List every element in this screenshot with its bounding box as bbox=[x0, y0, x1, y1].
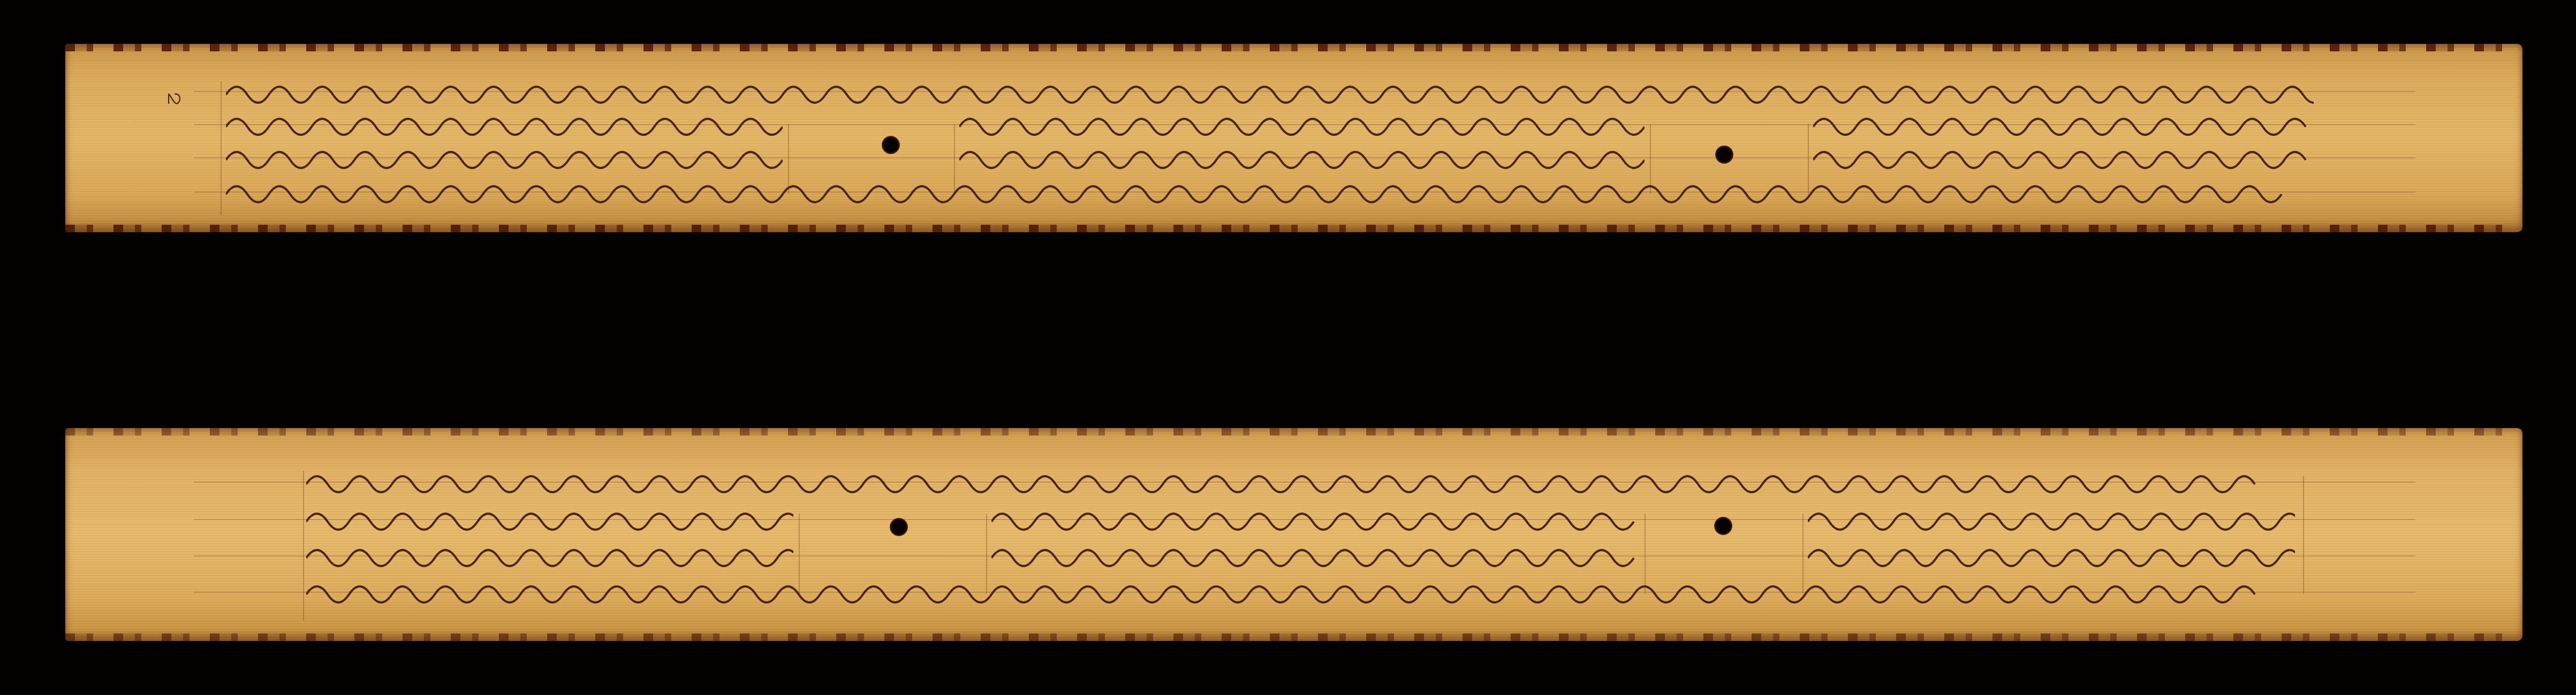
script-line-3b bbox=[959, 141, 1645, 173]
margin-rule bbox=[221, 81, 222, 215]
string-hole bbox=[882, 136, 900, 154]
script-line-3c bbox=[1813, 141, 2311, 173]
string-hole bbox=[890, 518, 908, 536]
leaf-edge-damage bbox=[65, 428, 2522, 436]
palm-leaf-top: ꩳ bbox=[65, 44, 2522, 232]
script-line-2a bbox=[226, 108, 783, 140]
script-line-2a bbox=[306, 503, 793, 535]
script-line-1 bbox=[226, 76, 2314, 108]
leaf-edge-damage bbox=[65, 44, 2522, 51]
margin-numeral: ꩳ bbox=[167, 81, 182, 116]
margin-rule bbox=[2303, 476, 2304, 594]
margin-rule bbox=[303, 471, 304, 621]
script-line-2b bbox=[959, 108, 1645, 140]
script-line-3a bbox=[226, 141, 783, 173]
leaf-edge-damage bbox=[65, 225, 2522, 232]
string-hole bbox=[1715, 146, 1733, 164]
script-line-3c bbox=[1808, 539, 2295, 571]
script-line-4 bbox=[226, 175, 2314, 208]
script-line-3a bbox=[306, 539, 793, 571]
script-line-2c bbox=[1808, 503, 2295, 535]
script-line-2b bbox=[991, 503, 1639, 535]
script-line-2c bbox=[1813, 108, 2311, 140]
manuscript-scan: ꩳ bbox=[0, 0, 2576, 695]
script-line-1 bbox=[306, 465, 2298, 498]
script-line-4 bbox=[306, 576, 2298, 608]
string-hole bbox=[1714, 517, 1732, 535]
palm-leaf-bottom bbox=[65, 428, 2522, 641]
leaf-edge-damage bbox=[65, 633, 2522, 641]
script-line-3b bbox=[991, 539, 1639, 571]
